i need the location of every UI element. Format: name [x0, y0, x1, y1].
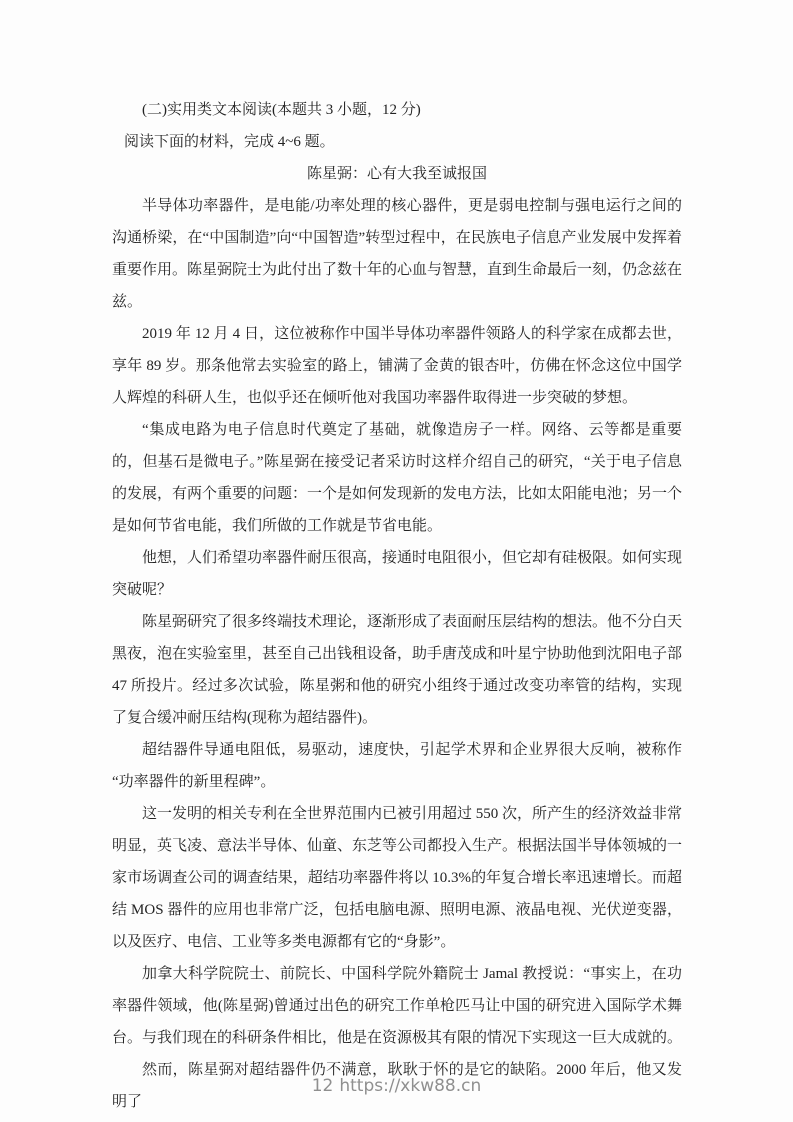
paragraph: 他想，人们希望功率器件耐压很高，接通时电阻很小，但它却有硅极限。如何实现突破呢？: [112, 542, 682, 606]
page-number: 12: [312, 1076, 334, 1096]
paragraph: 加拿大科学院院士、前院长、中国科学院外籍院士 Jamal 教授说：“事实上，在功…: [112, 958, 682, 1054]
paragraph: 半导体功率器件，是电能/功率处理的核心器件，更是弱电控制与强电运行之间的沟通桥梁…: [112, 190, 682, 318]
reading-instruction: 阅读下面的材料，完成 4~6 题。: [112, 126, 682, 158]
article-title: 陈星弼：心有大我至诚报国: [112, 158, 682, 190]
section-heading: (二)实用类文本阅读(本题共 3 小题，12 分): [112, 94, 682, 126]
paragraph: 陈星弼研究了很多终端技术理论，逐渐形成了表面耐压层结构的想法。他不分白天黑夜，泡…: [112, 606, 682, 734]
document-content: (二)实用类文本阅读(本题共 3 小题，12 分) 阅读下面的材料，完成 4~6…: [112, 94, 682, 1118]
paragraph: 2019 年 12 月 4 日，这位被称作中国半导体功率器件领路人的科学家在成都…: [112, 318, 682, 414]
paragraph: “集成电路为电子信息时代奠定了基础，就像造房子一样。网络、云等都是重要的，但基石…: [112, 414, 682, 542]
paragraph: 这一发明的相关专利在全世界范围内已被引用超过 550 次，所产生的经济效益非常明…: [112, 798, 682, 958]
exam-page: (二)实用类文本阅读(本题共 3 小题，12 分) 阅读下面的材料，完成 4~6…: [0, 0, 793, 1122]
page-footer: 12https://xkw88.cn: [0, 1076, 793, 1096]
watermark-url: https://xkw88.cn: [339, 1076, 481, 1096]
paragraph: 超结器件导通电阻低，易驱动，速度快，引起学术界和企业界很大反响，被称作“功率器件…: [112, 734, 682, 798]
